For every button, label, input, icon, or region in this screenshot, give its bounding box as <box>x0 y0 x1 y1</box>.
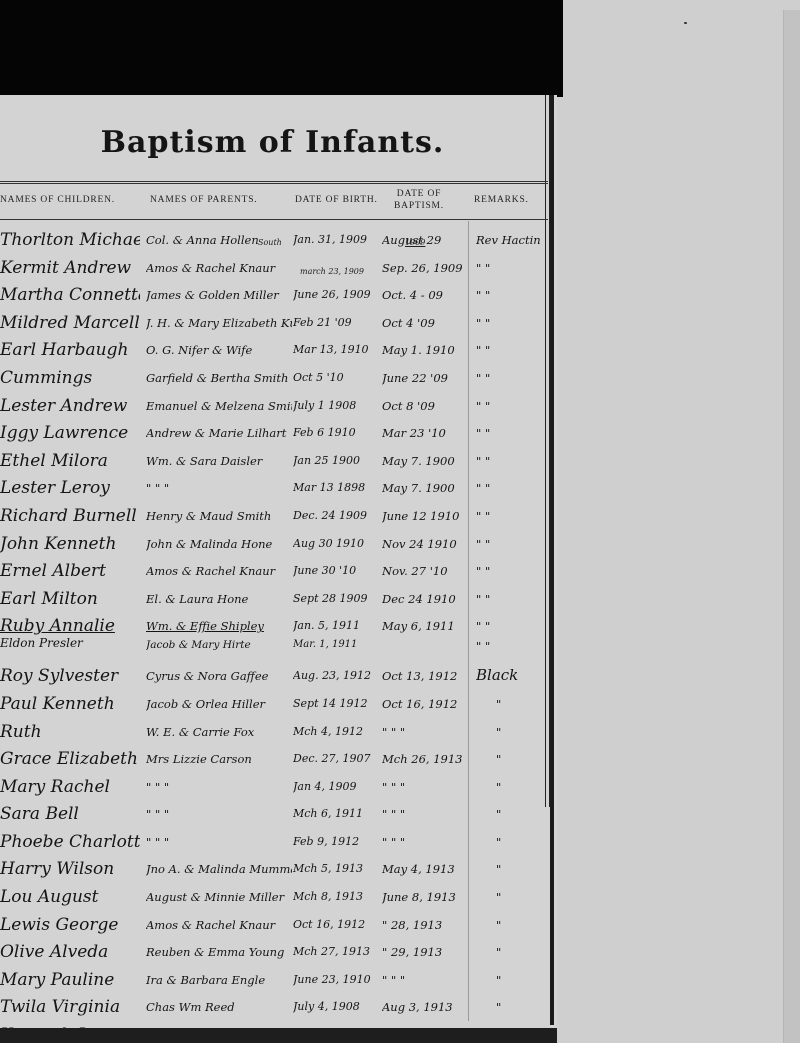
birth-date: Mch 5, 1913 <box>293 862 378 875</box>
remarks: " <box>476 862 566 876</box>
child-name: Sara Bell <box>0 804 140 824</box>
birth-date: Sept 28 1909 <box>293 592 378 605</box>
scan-dark-background <box>0 0 563 97</box>
baptism-date: " " " <box>382 780 470 794</box>
child-name: Lester Andrew <box>0 396 140 416</box>
child-name: Eldon Presler <box>0 636 140 650</box>
baptism-date: Oct 13, 1912 <box>382 669 470 683</box>
entry-row: Mary Rachel" " "Jan 4, 1909" " "" <box>0 774 548 802</box>
scan-edge-strip <box>783 10 800 1043</box>
birth-date: Oct 5 '10 <box>293 371 378 384</box>
child-name: Twila Virginia <box>0 997 140 1017</box>
child-name: John Kenneth <box>0 534 140 554</box>
baptism-date: " 28, 1913 <box>382 918 470 932</box>
remarks: " <box>476 945 566 959</box>
child-name: Mildred Marcella <box>0 313 140 333</box>
parents-names: Jno A. & Malinda Mumma <box>146 862 292 876</box>
baptism-date: Oct 8 '09 <box>382 399 470 413</box>
entry-row: RuthW. E. & Carrie FoxMch 4, 1912" " "" <box>0 719 548 747</box>
birth-date: Aug. 23, 1912 <box>293 669 378 682</box>
parents-names: Andrew & Marie Lilhart <box>146 426 292 440</box>
baptism-date: " " " <box>382 807 470 821</box>
baptism-date: June 22 '09 <box>382 371 470 385</box>
baptism-entries: Thorlton MichaelCol. & Anna HollenJan. 3… <box>0 227 548 1043</box>
header-names-of-children: Names of Children. <box>0 195 115 205</box>
baptism-date: Nov. 27 '10 <box>382 564 470 578</box>
remarks: " " <box>476 481 546 495</box>
entry-row: Earl MiltonEl. & Laura HoneSept 28 1909D… <box>0 586 548 614</box>
parents-names: Wm. & Sara Daisler <box>146 454 292 468</box>
entry-row: Roy SylvesterCyrus & Nora GaffeeAug. 23,… <box>0 663 548 691</box>
parents-names: El. & Laura Hone <box>146 592 292 606</box>
child-name: Lester Leroy <box>0 478 140 498</box>
parents-names: Jacob & Mary Hirte <box>146 639 292 651</box>
birth-date: Mar 13, 1910 <box>293 343 378 356</box>
baptism-date: Dec 24 1910 <box>382 592 470 606</box>
baptism-date: " " " <box>382 835 470 849</box>
birth-date: June 23, 1910 <box>293 973 378 986</box>
remarks: " <box>476 725 566 739</box>
baptism-date: May 1. 1910 <box>382 343 470 357</box>
child-name: Martha Connetta <box>0 285 140 305</box>
baptism-date: Oct 4 '09 <box>382 316 470 330</box>
child-name: Ernel Albert <box>0 561 140 581</box>
baptism-date: May 7. 1900 <box>382 481 470 495</box>
page-bottom-edge <box>0 1028 557 1043</box>
birth-date: Jan. 31, 1909 <box>293 233 378 246</box>
parents-names: Cyrus & Nora Gaffee <box>146 669 292 683</box>
child-name: Iggy Lawrence <box>0 423 140 443</box>
entry-row: Earl HarbaughO. G. Nifer & WifeMar 13, 1… <box>0 337 548 365</box>
baptism-date: " " " <box>382 973 470 987</box>
header-top-rule <box>0 181 548 182</box>
header-remarks: Remarks. <box>474 195 529 205</box>
child-name: Mary Pauline <box>0 970 140 990</box>
header-bottom-rule <box>0 219 548 220</box>
birth-date: Feb 21 '09 <box>293 316 378 329</box>
remarks: " " <box>476 454 546 468</box>
remarks: " " <box>476 261 546 275</box>
entry-row: Lou AugustAugust & Minnie MillerMch 8, 1… <box>0 884 548 912</box>
birth-date: Mar 13 1898 <box>293 481 378 494</box>
remarks: " <box>476 752 566 766</box>
parents-names: Garfield & Bertha Smith <box>146 371 292 385</box>
child-name: Cummings <box>0 368 140 388</box>
entry-row: Richard BurnellHenry & Maud SmithDec. 24… <box>0 503 548 531</box>
remarks: " " <box>476 426 546 440</box>
header-date-of-baptism: Date of Baptism. <box>384 188 454 212</box>
baptism-date: Sep. 26, 1909 <box>382 261 470 275</box>
birth-date: July 4, 1908 <box>293 1000 378 1013</box>
baptism-date: " 29, 1913 <box>382 945 470 959</box>
entry-row: Thorlton MichaelCol. & Anna HollenJan. 3… <box>0 227 548 255</box>
parents-names: Reuben & Emma Young <box>146 945 292 959</box>
entry-row: Martha ConnettaJames & Golden MillerJune… <box>0 282 548 310</box>
remarks: " <box>476 973 566 987</box>
child-name: Olive Alveda <box>0 942 140 962</box>
entry-row: Grace ElizabethMrs Lizzie CarsonDec. 27,… <box>0 746 548 774</box>
entry-row: Harry WilsonJno A. & Malinda MummaMch 5,… <box>0 856 548 884</box>
entry-row: Ethel MiloraWm. & Sara DaislerJan 25 190… <box>0 448 548 476</box>
parents-names: Mrs Lizzie Carson <box>146 752 292 766</box>
header-names-of-parents: Names of Parents. <box>150 195 257 205</box>
child-name: Roy Sylvester <box>0 666 140 686</box>
child-name: Mary Rachel <box>0 777 140 797</box>
remarks: " " <box>476 592 546 606</box>
birth-date: Dec. 27, 1907 <box>293 752 378 765</box>
remarks: " " <box>476 399 546 413</box>
child-name: Harry Wilson <box>0 859 140 879</box>
parents-names: Amos & Rachel Knaur <box>146 918 292 932</box>
child-name: Ruth <box>0 722 140 742</box>
child-name: Ethel Milora <box>0 451 140 471</box>
header-date-of-birth: Date of Birth. <box>295 195 378 205</box>
parents-names: Jacob & Orlea Hiller <box>146 697 292 711</box>
remarks: " " <box>476 564 546 578</box>
remarks: Rev Hactin <box>476 233 546 247</box>
parents-names: Amos & Rachel Knaur <box>146 564 292 578</box>
birth-date: Aug 30 1910 <box>293 537 378 550</box>
child-name: Kermit Andrew <box>0 258 140 278</box>
remarks: " <box>476 835 566 849</box>
remarks: " " <box>476 509 546 523</box>
remarks: " " <box>476 343 546 357</box>
remarks: " <box>476 697 566 711</box>
child-name: Lou August <box>0 887 140 907</box>
entry-row: CummingsGarfield & Bertha SmithOct 5 '10… <box>0 365 548 393</box>
remarks: " " <box>476 537 546 551</box>
birth-date: Mch 8, 1913 <box>293 890 378 903</box>
birth-date: Mch 27, 1913 <box>293 945 378 958</box>
remarks: " " <box>476 619 546 633</box>
entry-row: Phoebe Charlotte" " "Feb 9, 1912" " "" <box>0 829 548 857</box>
parents-names: Col. & Anna Hollen <box>146 233 292 247</box>
birth-date: Jan 4, 1909 <box>293 780 378 793</box>
parents-names: " " " <box>146 780 292 794</box>
parents-names: James & Golden Miller <box>146 288 292 302</box>
page-title: Baptism of Infants. <box>0 125 545 160</box>
entry-row: Sara Bell" " "Mch 6, 1911" " "" <box>0 801 548 829</box>
remarks: " " <box>476 288 546 302</box>
parents-names: " " " <box>146 481 292 495</box>
baptism-date: May 6, 1911 <box>382 619 470 633</box>
parents-names: John & Malinda Hone <box>146 537 292 551</box>
birth-date: Jan 25 1900 <box>293 454 378 467</box>
parents-names: Ira & Barbara Engle <box>146 973 292 987</box>
remarks: " <box>476 890 566 904</box>
entry-row: Olive AlvedaReuben & Emma YoungMch 27, 1… <box>0 939 548 967</box>
remarks: " <box>476 1000 566 1014</box>
entry-row: Iggy LawrenceAndrew & Marie LilhartFeb 6… <box>0 420 548 448</box>
parents-names: O. G. Nifer & Wife <box>146 343 292 357</box>
entry-row: Twila VirginiaChas Wm ReedJuly 4, 1908Au… <box>0 994 548 1022</box>
birth-date: Oct 16, 1912 <box>293 918 378 931</box>
parents-names: Wm. & Effie Shipley <box>146 619 292 633</box>
entry-row: Lewis GeorgeAmos & Rachel KnaurOct 16, 1… <box>0 912 548 940</box>
child-name: Phoebe Charlotte <box>0 832 140 852</box>
parents-names: " " " <box>146 807 292 821</box>
child-name: Earl Harbaugh <box>0 340 140 360</box>
entry-row: Lester AndrewEmanuel & Melzena SmithJuly… <box>0 393 548 421</box>
birth-date: Jan. 5, 1911 <box>293 619 378 632</box>
parents-names: Amos & Rachel Knaur <box>146 261 292 275</box>
entry-row: Lester Leroy" " "Mar 13 1898May 7. 1900"… <box>0 475 548 503</box>
birth-date: Feb 6 1910 <box>293 426 378 439</box>
baptism-date: Mch 26, 1913 <box>382 752 470 766</box>
baptism-date: May 7. 1900 <box>382 454 470 468</box>
child-name: Paul Kenneth <box>0 694 140 714</box>
parents-names: " " " <box>146 835 292 849</box>
birth-date: July 1 1908 <box>293 399 378 412</box>
entry-row: Eldon PreslerJacob & Mary HirteMar. 1, 1… <box>0 633 548 663</box>
entry-row: Ernel AlbertAmos & Rachel KnaurJune 30 '… <box>0 558 548 586</box>
parents-names: J. H. & Mary Elizabeth Kunk <box>146 316 292 330</box>
baptism-date: August 29 <box>382 233 470 247</box>
baptism-date: June 12 1910 <box>382 509 470 523</box>
child-name: Thorlton Michael <box>0 230 140 250</box>
remarks: " <box>476 780 566 794</box>
remarks: " " <box>476 316 546 330</box>
parents-names: Chas Wm Reed <box>146 1000 292 1014</box>
baptism-date: May 4, 1913 <box>382 862 470 876</box>
baptism-date: Oct. 4 - 09 <box>382 288 470 302</box>
birth-date: Mch 6, 1911 <box>293 807 378 820</box>
parents-names: Emanuel & Melzena Smith <box>146 399 292 413</box>
baptism-date: Nov 24 1910 <box>382 537 470 551</box>
birth-date: June 26, 1909 <box>293 288 378 301</box>
birth-date: Sept 14 1912 <box>293 697 378 710</box>
birth-date: Feb 9, 1912 <box>293 835 378 848</box>
entry-row: Kermit AndrewAmos & Rachel KnaurSep. 26,… <box>0 255 548 283</box>
dust-speck <box>684 22 687 24</box>
baptism-date: Aug 3, 1913 <box>382 1000 470 1014</box>
child-name: Lewis George <box>0 915 140 935</box>
child-name: Earl Milton <box>0 589 140 609</box>
remarks: " " <box>476 371 546 385</box>
child-name: Grace Elizabeth <box>0 749 140 769</box>
entry-row: John KennethJohn & Malinda HoneAug 30 19… <box>0 531 548 559</box>
remarks: " " <box>476 639 546 653</box>
entry-row: Mary PaulineIra & Barbara EngleJune 23, … <box>0 967 548 995</box>
birth-date: Mar. 1, 1911 <box>293 639 378 650</box>
birth-date: June 30 '10 <box>293 564 378 577</box>
birth-date: Dec. 24 1909 <box>293 509 378 522</box>
baptism-date: June 8, 1913 <box>382 890 470 904</box>
parents-names: August & Minnie Miller <box>146 890 292 904</box>
baptism-date: " " " <box>382 725 470 739</box>
remarks: " <box>476 918 566 932</box>
baptism-date: Mar 23 '10 <box>382 426 470 440</box>
column-headers: Names of Children. Names of Parents. Dat… <box>0 187 548 217</box>
parents-names: W. E. & Carrie Fox <box>146 725 292 739</box>
entry-row: Paul KennethJacob & Orlea HillerSept 14 … <box>0 691 548 719</box>
baptism-date: Oct 16, 1912 <box>382 697 470 711</box>
register-page: Baptism of Infants. Names of Children. N… <box>0 95 557 1043</box>
child-name: Richard Burnell <box>0 506 140 526</box>
remarks: " <box>476 807 566 821</box>
birth-date: Mch 4, 1912 <box>293 725 378 738</box>
entry-row: Mildred MarcellaJ. H. & Mary Elizabeth K… <box>0 310 548 338</box>
header-top-rule-2 <box>0 183 548 184</box>
entry-row: Ruby AnnalieWm. & Effie ShipleyJan. 5, 1… <box>0 613 548 633</box>
parents-names: Henry & Maud Smith <box>146 509 292 523</box>
remarks: Black <box>476 666 546 684</box>
page-border-outer <box>550 95 554 1025</box>
